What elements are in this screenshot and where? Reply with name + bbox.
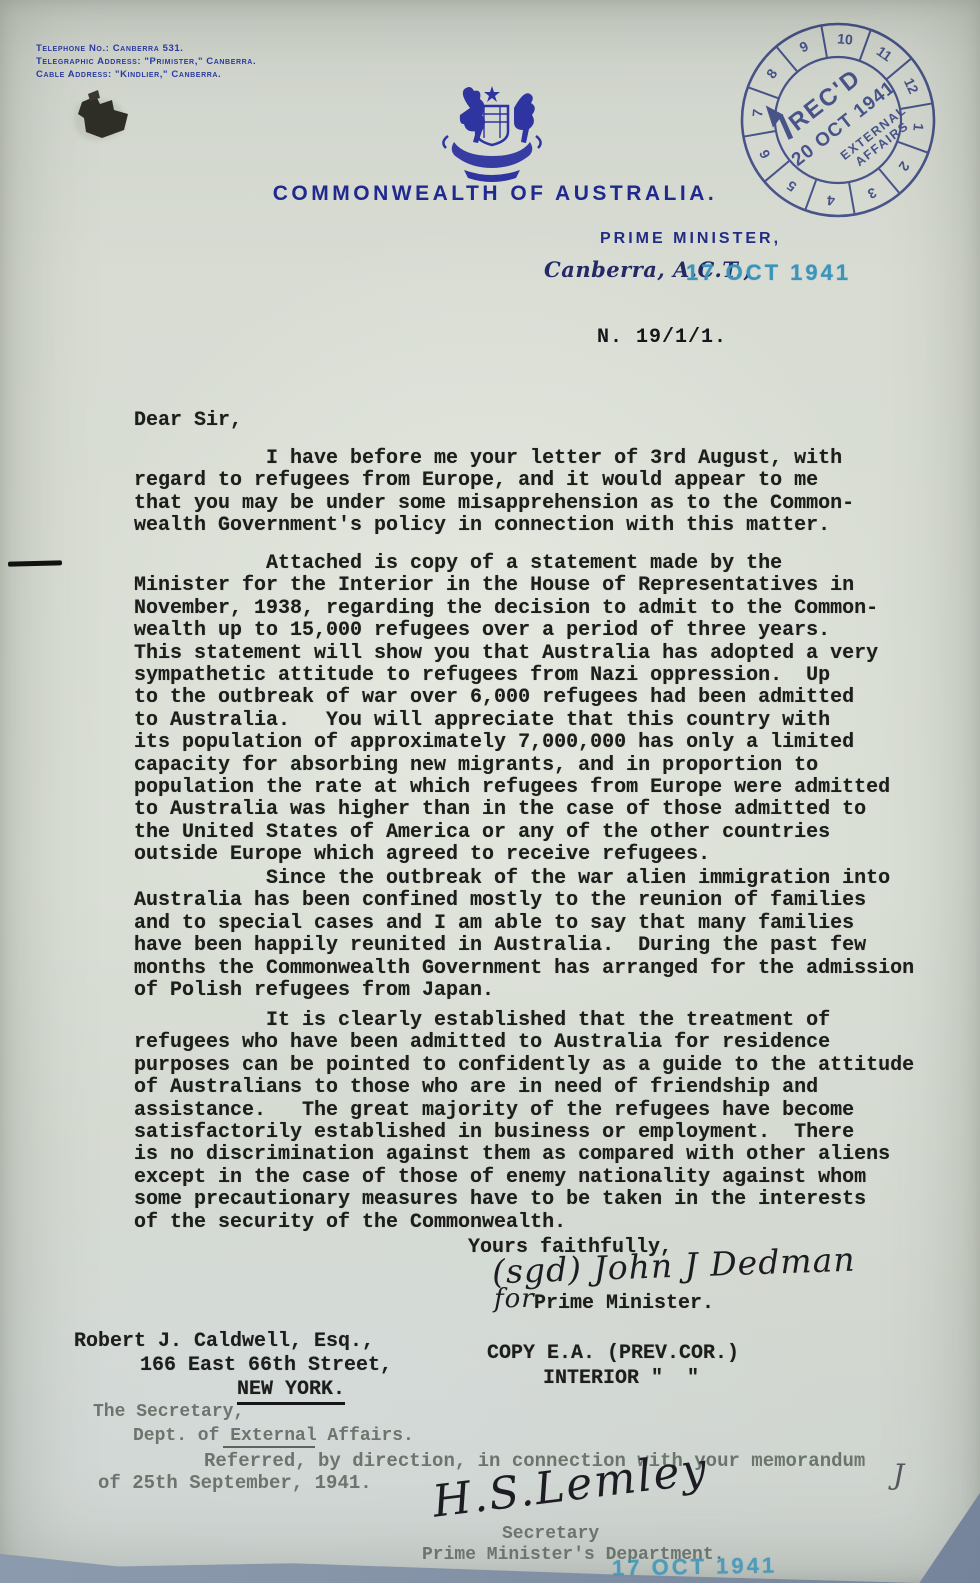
signature-for-mark: for — [494, 1284, 535, 1314]
svg-text:8: 8 — [763, 66, 781, 82]
secretary-title1: Secretary — [502, 1524, 599, 1544]
reference-number: N. 19/1/1. — [597, 326, 727, 349]
signature-title: Prime Minister. — [534, 1292, 714, 1315]
paragraph-2: Attached is copy of a statement made by … — [134, 553, 890, 866]
referral-to1: The Secretary, — [93, 1402, 244, 1422]
punch-hole — [58, 84, 148, 169]
svg-text:11: 11 — [874, 43, 895, 65]
addressee-name: Robert J. Caldwell, Esq., — [74, 1330, 374, 1353]
telephone-line: Telephone No.: Canberra 531. — [36, 42, 256, 55]
addressee-street: 166 East 66th Street, — [140, 1354, 392, 1377]
svg-text:12: 12 — [901, 75, 922, 96]
svg-text:9: 9 — [797, 38, 811, 56]
cable-line: Cable Address: "Kindlier," Canberra. — [36, 68, 256, 81]
paragraph-1: I have before me your letter of 3rd Augu… — [134, 448, 854, 538]
external-underline-mark — [223, 1446, 315, 1448]
svg-text:4: 4 — [826, 192, 835, 209]
copy-note-line2: INTERIOR " " — [543, 1367, 699, 1390]
referral-body2: of 25th September, 1941. — [98, 1472, 372, 1494]
svg-text:10: 10 — [837, 30, 854, 47]
copy-note-line1: COPY E.A. (PREV.COR.) — [487, 1342, 739, 1365]
svg-text:2: 2 — [895, 159, 913, 175]
footer-date-stamp: 17 OCT 1941 — [612, 1553, 778, 1582]
telegraphic-line: Telegraphic Address: "Primister," Canber… — [36, 55, 256, 68]
org-title: COMMONWEALTH OF AUSTRALIA. — [200, 182, 790, 206]
margin-j-mark: J — [893, 1458, 905, 1491]
svg-text:7: 7 — [749, 108, 766, 117]
coat-of-arms-icon — [424, 84, 560, 184]
header-date-stamp: 17 OCT 1941 — [686, 260, 851, 286]
addressee-city: NEW YORK. — [237, 1378, 345, 1405]
paragraph-4: It is clearly established that the treat… — [134, 1010, 914, 1234]
svg-text:1: 1 — [910, 123, 927, 132]
svg-text:6: 6 — [756, 147, 774, 161]
letterhead-block: Telephone No.: Canberra 531. Telegraphic… — [36, 42, 256, 81]
salutation: Dear Sir, — [134, 409, 242, 432]
svg-text:3: 3 — [865, 185, 879, 203]
office-title: PRIME MINISTER, — [600, 230, 781, 248]
scanned-letter-page: Telephone No.: Canberra 531. Telegraphic… — [0, 0, 980, 1583]
paragraph-3: Since the outbreak of the war alien immi… — [134, 868, 914, 1002]
referral-to2: Dept. of External Affairs. — [133, 1426, 414, 1446]
